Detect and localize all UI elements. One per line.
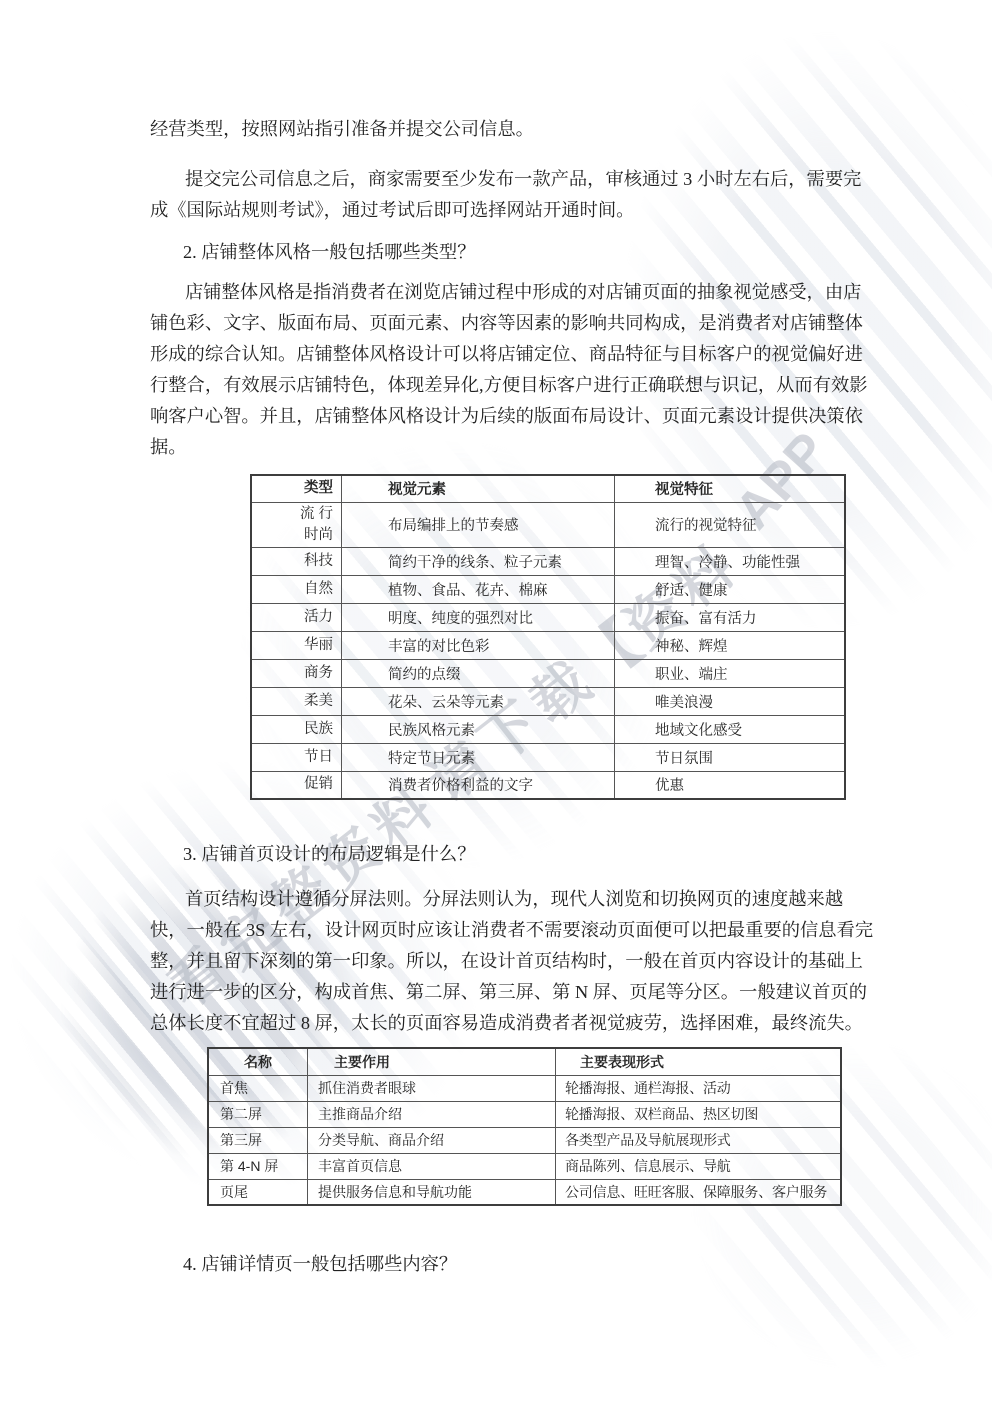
table-cell: 振奋、富有活力 [615, 603, 846, 631]
table-row: 华丽丰富的对比色彩神秘、辉煌 [251, 631, 845, 659]
table-cell: 分类导航、商品介绍 [308, 1127, 556, 1153]
paragraph-submit-info: 提交完公司信息之后，商家需要至少发布一款产品，审核通过 3 小时左右后，需要完成… [150, 164, 850, 226]
table-row: 民族民族风格元素地域文化感受 [251, 715, 845, 743]
table-header-row: 类型视觉元素视觉特征 [251, 475, 845, 502]
table-row: 节日特定节日元素节日氛围 [251, 743, 845, 771]
question-heading-4: 4. 店铺详情页一般包括哪些内容？ [150, 1249, 883, 1280]
text-line: 行整合，有效展示店铺特色，体现差异化,方便目标客户进行正确联想与识记，从而有效影 [150, 370, 850, 401]
text-line: 快，一般在 3S 左右，设计网页时应该让消费者不需要滚动页面便可以把最重要的信息… [150, 915, 850, 946]
table-row: 科技简约干净的线条、粒子元素理智、冷静、功能性强 [251, 547, 845, 575]
text-line: 店铺整体风格是指消费者在浏览店铺过程中形成的对店铺页面的抽象视觉感受，由店 [150, 277, 850, 308]
table-row: 首焦抓住消费者眼球轮播海报、通栏海报、活动 [208, 1075, 841, 1101]
table-cell: 节日氛围 [615, 743, 846, 771]
table-cell: 活力 [251, 603, 342, 631]
table-row: 活力明度、纯度的强烈对比振奋、富有活力 [251, 603, 845, 631]
text-line: 进行进一步的区分，构成首焦、第二屏、第三屏、第 N 屏、页尾等分区。一般建议首页… [150, 977, 850, 1008]
table-row: 第二屏主推商品介绍轮播海报、双栏商品、热区切图 [208, 1101, 841, 1127]
table-cell: 消费者价格利益的文字 [342, 771, 615, 799]
table-cell: 舒适、健康 [615, 575, 846, 603]
table-cell: 流行的视觉特征 [615, 502, 846, 547]
table-cell: 页尾 [208, 1179, 308, 1205]
table-cell: 节日 [251, 743, 342, 771]
table-cell: 流 行 时尚 [251, 502, 342, 547]
table-cell: 商品陈列、信息展示、导航 [556, 1153, 842, 1179]
table-cell: 丰富的对比色彩 [342, 631, 615, 659]
table-cell: 科技 [251, 547, 342, 575]
table-row: 商务简约的点缀职业、端庄 [251, 659, 845, 687]
table-header-cell: 主要作用 [308, 1048, 556, 1075]
table-cell: 主推商品介绍 [308, 1101, 556, 1127]
table-header-cell: 视觉元素 [342, 475, 615, 502]
text-line: 总体长度不宜超过 8 屏，太长的页面容易造成消费者者视觉疲劳，选择困难，最终流失… [150, 1008, 850, 1039]
table-cell: 神秘、辉煌 [615, 631, 846, 659]
table-cell: 丰富首页信息 [308, 1153, 556, 1179]
table-cell: 民族 [251, 715, 342, 743]
table-cell: 植物、食品、花卉、棉麻 [342, 575, 615, 603]
table-header-cell: 类型 [251, 475, 342, 502]
table-cell: 柔美 [251, 687, 342, 715]
table-cell: 理智、冷静、功能性强 [615, 547, 846, 575]
table-cell: 第 4-N 屏 [208, 1153, 308, 1179]
table-cell: 第三屏 [208, 1127, 308, 1153]
table-cell: 首焦 [208, 1075, 308, 1101]
table-cell: 自然 [251, 575, 342, 603]
table-cell: 地域文化感受 [615, 715, 846, 743]
text-line: 铺色彩、文字、版面布局、页面元素、内容等因素的影响共同构成，是消费者对店铺整体 [150, 308, 850, 339]
paragraph-intro-continuation: 经营类型，按照网站指引准备并提交公司信息。 [150, 114, 850, 145]
table-header-row: 名称主要作用主要表现形式 [208, 1048, 841, 1075]
document-page: 看完整资料请下载【资料APP 经营类型，按照网站指引准备并提交公司信息。 提交完… [0, 0, 992, 1403]
table-row: 第三屏分类导航、商品介绍各类型产品及导航展现形式 [208, 1127, 841, 1153]
table-header-cell: 视觉特征 [615, 475, 846, 502]
table-row: 自然植物、食品、花卉、棉麻舒适、健康 [251, 575, 845, 603]
table-cell: 促销 [251, 771, 342, 799]
table-cell: 特定节日元素 [342, 743, 615, 771]
paragraph-style-overview: 店铺整体风格是指消费者在浏览店铺过程中形成的对店铺页面的抽象视觉感受，由店铺色彩… [150, 277, 850, 463]
table-cell: 提供服务信息和导航功能 [308, 1179, 556, 1205]
table-cell: 布局编排上的节奏感 [342, 502, 615, 547]
table-cell: 花朵、云朵等元素 [342, 687, 615, 715]
style-types-table: 类型视觉元素视觉特征流 行 时尚布局编排上的节奏感流行的视觉特征科技简约干净的线… [250, 474, 846, 800]
table-cell: 轮播海报、双栏商品、热区切图 [556, 1101, 842, 1127]
table-cell: 民族风格元素 [342, 715, 615, 743]
table-cell: 简约的点缀 [342, 659, 615, 687]
text-line: 首页结构设计遵循分屏法则。分屏法则认为，现代人浏览和切换网页的速度越来越 [150, 884, 850, 915]
table-cell: 各类型产品及导航展现形式 [556, 1127, 842, 1153]
home-layout-table: 名称主要作用主要表现形式首焦抓住消费者眼球轮播海报、通栏海报、活动第二屏主推商品… [207, 1047, 842, 1206]
table-cell: 抓住消费者眼球 [308, 1075, 556, 1101]
table-cell: 轮播海报、通栏海报、活动 [556, 1075, 842, 1101]
table-row: 流 行 时尚布局编排上的节奏感流行的视觉特征 [251, 502, 845, 547]
text-line: 据。 [150, 432, 850, 463]
text-line: 整，并且留下深刻的第一印象。所以，在设计首页结构时，一般在首页内容设计的基础上 [150, 946, 850, 977]
question-heading-3: 3. 店铺首页设计的布局逻辑是什么？ [150, 839, 883, 870]
table-cell: 第二屏 [208, 1101, 308, 1127]
question-heading-2: 2. 店铺整体风格一般包括哪些类型？ [150, 237, 883, 268]
text-line: 成《国际站规则考试》，通过考试后即可选择网站开通时间。 [150, 195, 850, 226]
table-cell: 公司信息、旺旺客服、保障服务、客户服务 [556, 1179, 842, 1205]
table-cell: 职业、端庄 [615, 659, 846, 687]
table-header-cell: 名称 [208, 1048, 308, 1075]
table-cell: 商务 [251, 659, 342, 687]
table-cell: 唯美浪漫 [615, 687, 846, 715]
table-row: 第 4-N 屏丰富首页信息商品陈列、信息展示、导航 [208, 1153, 841, 1179]
text-line: 形成的综合认知。店铺整体风格设计可以将店铺定位、商品特征与目标客户的视觉偏好进 [150, 339, 850, 370]
table-row: 促销消费者价格利益的文字优惠 [251, 771, 845, 799]
text-line: 响客户心智。并且，店铺整体风格设计为后续的版面布局设计、页面元素设计提供决策依 [150, 401, 850, 432]
table-header-cell: 主要表现形式 [556, 1048, 842, 1075]
text-line: 提交完公司信息之后，商家需要至少发布一款产品，审核通过 3 小时左右后，需要完 [150, 164, 850, 195]
table-cell: 简约干净的线条、粒子元素 [342, 547, 615, 575]
table-cell: 华丽 [251, 631, 342, 659]
table-row: 页尾提供服务信息和导航功能公司信息、旺旺客服、保障服务、客户服务 [208, 1179, 841, 1205]
table-cell: 优惠 [615, 771, 846, 799]
table-row: 柔美花朵、云朵等元素唯美浪漫 [251, 687, 845, 715]
table-cell: 明度、纯度的强烈对比 [342, 603, 615, 631]
paragraph-screen-rule: 首页结构设计遵循分屏法则。分屏法则认为，现代人浏览和切换网页的速度越来越快，一般… [150, 884, 850, 1039]
text-line: 经营类型，按照网站指引准备并提交公司信息。 [150, 114, 850, 145]
